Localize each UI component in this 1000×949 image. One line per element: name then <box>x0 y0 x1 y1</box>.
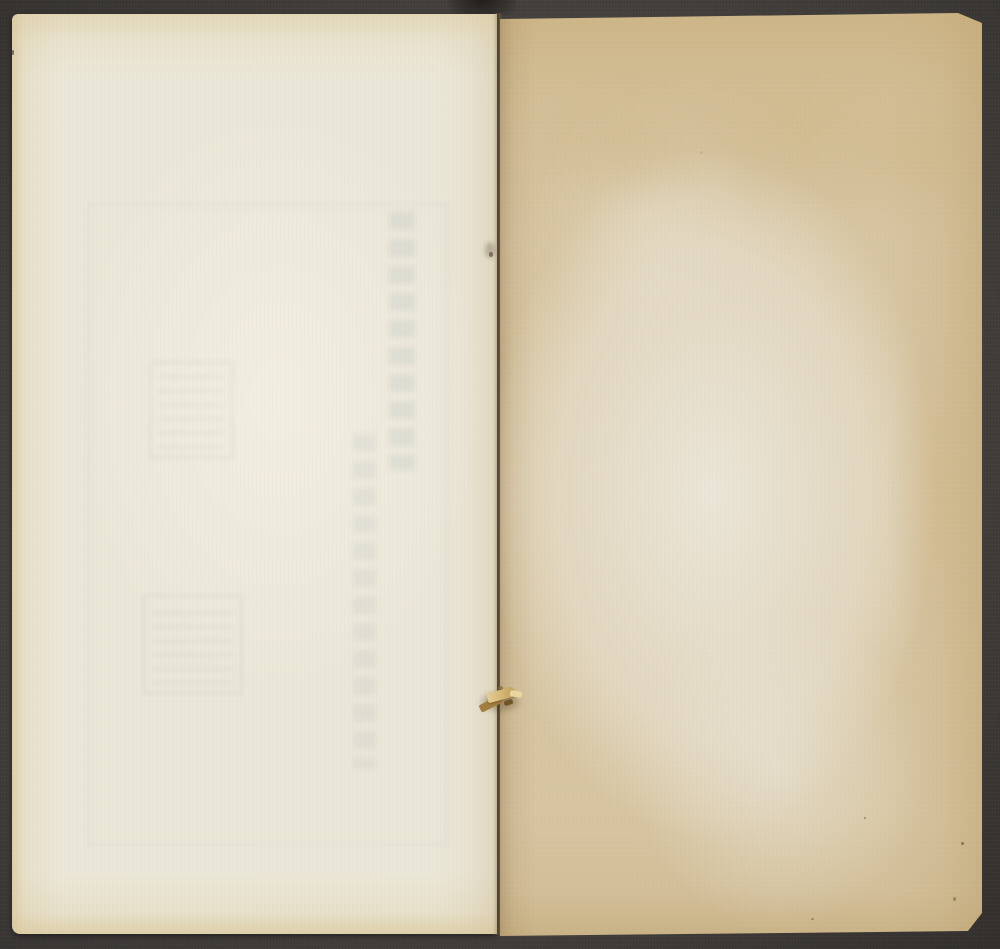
foxing-speck <box>864 817 866 819</box>
bleedthrough-seal-lower <box>142 594 243 695</box>
bleedthrough-text-column-1 <box>389 212 415 470</box>
tape-remnant-dot <box>498 686 503 690</box>
gutter-crease-line <box>499 13 500 935</box>
binding-gutter <box>493 13 503 935</box>
toning-stain-top <box>520 73 960 213</box>
tape-remnant <box>473 683 529 723</box>
bleedthrough-seal-lower-marks <box>151 603 234 686</box>
page-edge-nick <box>12 50 14 55</box>
foxing-speck <box>811 918 814 920</box>
foxing-speck <box>700 151 703 154</box>
toning-stain-right <box>880 253 980 733</box>
fold-abrasion-dot <box>489 252 493 257</box>
foxing-speck <box>953 897 956 901</box>
bleedthrough-seal-upper-marks <box>158 370 225 450</box>
bleedthrough-frame <box>87 203 448 846</box>
right-page <box>500 13 982 936</box>
bleedthrough-text-column-2 <box>353 434 376 769</box>
bleedthrough-frame-inner <box>94 210 441 839</box>
fold-abrasion-mark <box>483 240 499 264</box>
left-page <box>12 14 497 934</box>
foxing-speck <box>961 842 964 845</box>
bleedthrough-seal-upper <box>149 361 234 459</box>
